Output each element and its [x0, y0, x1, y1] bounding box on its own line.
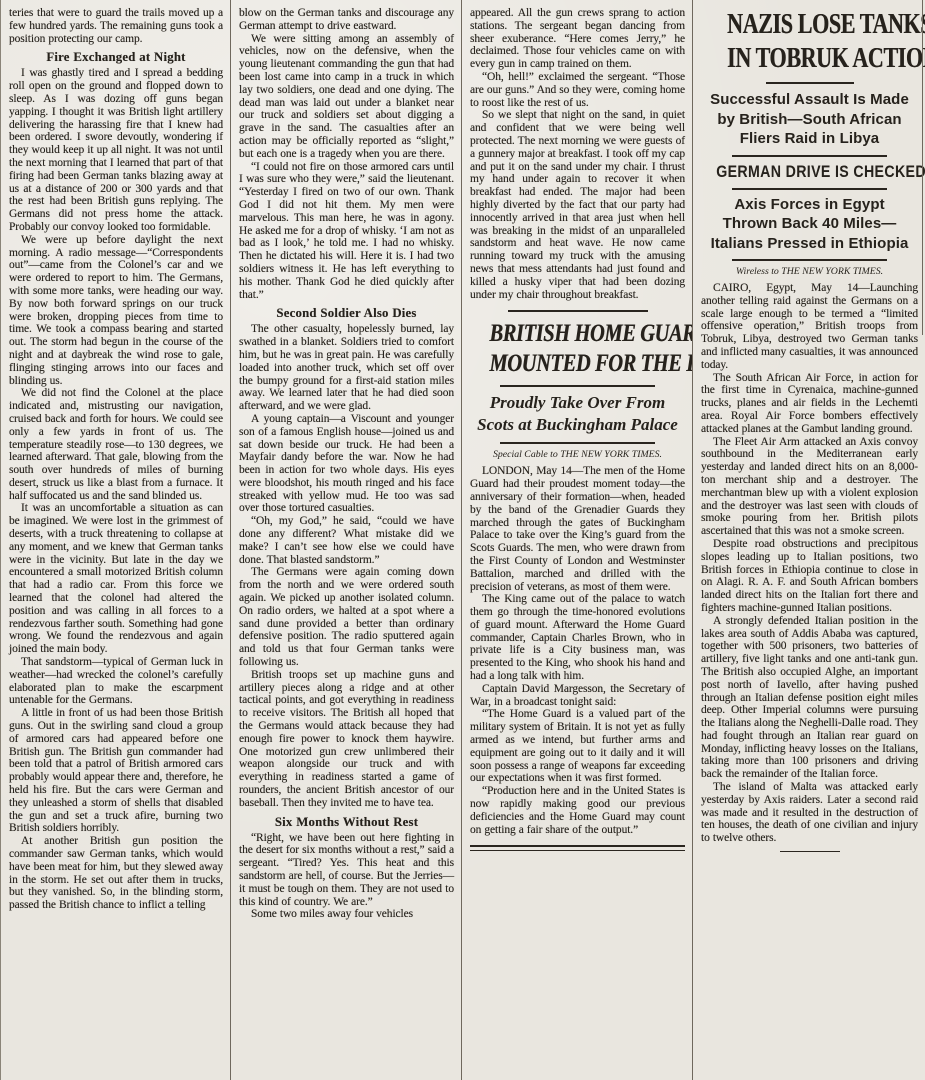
article-text-block: The King came out of the palace to watch…	[470, 593, 685, 683]
headline-rule	[766, 82, 854, 84]
deck-rule	[732, 155, 887, 157]
article-text-block: “Oh, my God,” he said, “could we have do…	[239, 515, 454, 566]
article-text-block: A strongly defended Italian position in …	[701, 615, 918, 781]
article-text-block: Despite road obstructions and precipitou…	[701, 538, 918, 615]
newspaper-page: teries that were to guard the trails mov…	[0, 0, 925, 1080]
article-text-block: Fire Exchanged at Night	[9, 50, 223, 64]
article-text-block: “Right, we have been out here fighting i…	[239, 832, 454, 909]
article-text-block: “The Home Guard is a valued part of the …	[470, 708, 685, 785]
home-guard-deck: Proudly Take Over From Scots at Buckingh…	[470, 392, 685, 436]
article-text-block: The other casualty, hopelessly burned, l…	[239, 323, 454, 413]
article-end-rule	[780, 851, 840, 852]
article-text-block: Second Soldier Also Dies	[239, 306, 454, 320]
article-text-block: We were sitting among an assembly of veh…	[239, 33, 454, 161]
article-text-block: blow on the German tanks and discourage …	[239, 7, 454, 33]
column-2: blow on the German tanks and discourage …	[231, 0, 462, 1080]
article-text-block: I was ghastly tired and I spread a beddi…	[9, 67, 223, 233]
article-text-block: LONDON, May 14—The men of the Home Guard…	[470, 465, 685, 593]
headline-line: NAZIS LOSE TANKS	[727, 7, 892, 41]
column-1: teries that were to guard the trails mov…	[0, 0, 231, 1080]
deck-rule	[500, 442, 655, 444]
home-guard-article-text: LONDON, May 14—The men of the Home Guard…	[470, 465, 685, 836]
article-text-block: At another British gun position the comm…	[9, 835, 223, 912]
headline-line: BRITISH HOME GUARDS	[489, 319, 665, 349]
article-text-block: “I could not fire on those armored cars …	[239, 161, 454, 302]
section-divider-rule	[508, 310, 648, 312]
tobruk-deck-2: Axis Forces in Egypt Thrown Back 40 Mile…	[705, 195, 914, 254]
deck-rule-2	[732, 259, 887, 261]
article-text-block: The Fleet Air Arm attacked an Axis convo…	[701, 436, 918, 538]
page-edge-rule	[922, 0, 923, 335]
article-end-rule	[470, 845, 685, 851]
bank-rule	[732, 188, 887, 190]
article-text-block: A little in front of us had been those B…	[9, 707, 223, 835]
tobruk-article-text: CAIRO, Egypt, May 14—Launching another t…	[701, 282, 918, 845]
article-text-block: The island of Malta was attacked early y…	[701, 781, 918, 845]
article-text-block: That sandstorm—typical of German luck in…	[9, 656, 223, 707]
column-layout: teries that were to guard the trails mov…	[0, 0, 925, 1080]
tobruk-bank-line: GERMAN DRIVE IS CHECKED	[716, 162, 903, 182]
headline-line: MOUNTED FOR THE KING	[489, 349, 665, 379]
article-text-block: “Production here and in the United State…	[470, 785, 685, 836]
article-text-block: A young captain—a Viscount and younger s…	[239, 413, 454, 515]
desert-article-col1-text: teries that were to guard the trails mov…	[9, 7, 223, 912]
article-text-block: Some two miles away four vehicles	[239, 908, 454, 921]
home-guard-headline: BRITISH HOME GUARDS MOUNTED FOR THE KING	[470, 319, 685, 379]
column-3: appeared. All the gun crews sprang to ac…	[462, 0, 693, 1080]
article-text-block: CAIRO, Egypt, May 14—Launching another t…	[701, 282, 918, 372]
article-text-block: The Germans were again coming down from …	[239, 566, 454, 668]
tobruk-deck-1: Successful Assault Is Made by British—So…	[705, 90, 914, 149]
article-text-block: The South African Air Force, in action f…	[701, 372, 918, 436]
article-text-block: Captain David Margesson, the Secretary o…	[470, 683, 685, 709]
article-text-block: appeared. All the gun crews sprang to ac…	[470, 7, 685, 71]
tobruk-headline: NAZIS LOSE TANKS IN TOBRUK ACTION	[701, 7, 918, 75]
article-text-block: teries that were to guard the trails mov…	[9, 7, 223, 45]
headline-rule	[500, 385, 655, 387]
desert-article-col3-text: appeared. All the gun crews sprang to ac…	[470, 7, 685, 301]
article-text-block: It was an uncomfortable a situation as c…	[9, 502, 223, 656]
article-text-block: We did not find the Colonel at the place…	[9, 387, 223, 502]
article-text-block: “Oh, hell!” exclaimed the sergeant. “Tho…	[470, 71, 685, 109]
headline-line: IN TOBRUK ACTION	[727, 41, 892, 75]
article-text-block: Six Months Without Rest	[239, 815, 454, 829]
article-text-block: We were up before daylight the next morn…	[9, 234, 223, 388]
article-text-block: So we slept that night on the sand, in q…	[470, 109, 685, 301]
home-guard-credit-line: Special Cable to THE NEW YORK TIMES.	[470, 449, 685, 461]
desert-article-col2-text: blow on the German tanks and discourage …	[239, 7, 454, 921]
tobruk-credit-line: Wireless to THE NEW YORK TIMES.	[701, 266, 918, 278]
article-text-block: British troops set up machine guns and a…	[239, 669, 454, 810]
column-4: NAZIS LOSE TANKS IN TOBRUK ACTION Succes…	[693, 0, 925, 1080]
